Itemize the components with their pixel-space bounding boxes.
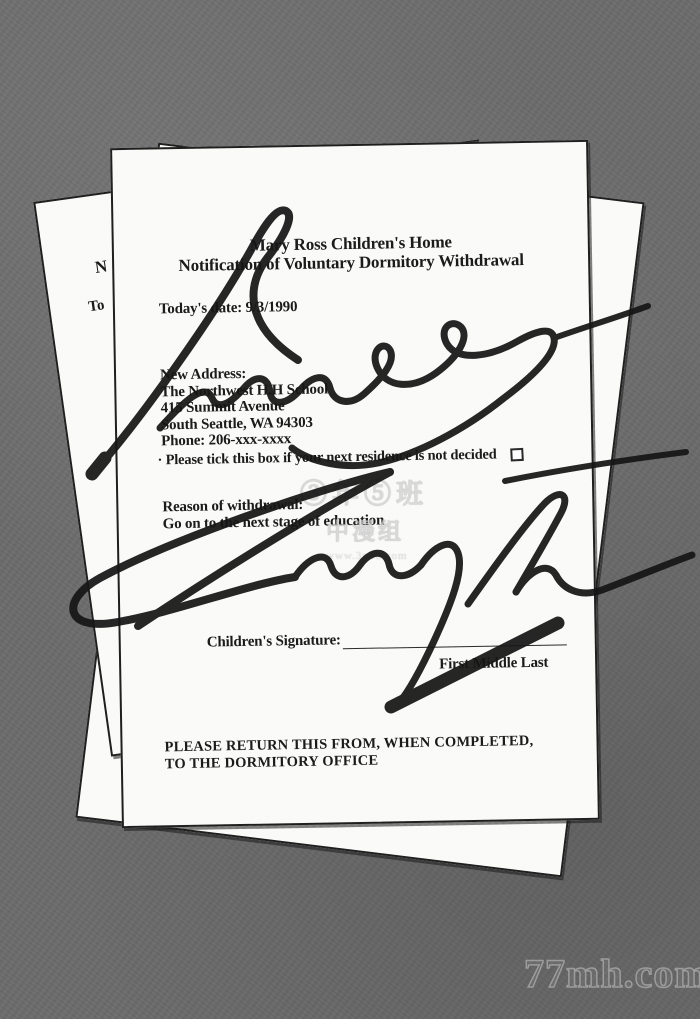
withdrawal-form-sheet: Mary Ross Children's Home Notification o… bbox=[110, 140, 600, 828]
back-sheet-partial-text-1: N bbox=[94, 256, 109, 278]
site-watermark: 77mh.com bbox=[524, 950, 700, 997]
signature-label: Children's Signature: bbox=[207, 632, 341, 651]
address-school-line: The Northwest H.H School bbox=[160, 381, 328, 400]
residence-tick-label: · Please tick this box if your next resi… bbox=[157, 447, 496, 470]
residence-not-decided-checkbox[interactable] bbox=[510, 448, 524, 462]
signature-row: Children's Signature: bbox=[207, 628, 567, 651]
reason-value: Go on to the next stage of education bbox=[163, 512, 385, 532]
reason-block: Reason of withdrawal: Go on to the next … bbox=[162, 495, 384, 532]
new-address-block: New Address: The Northwest H.H School 41… bbox=[160, 364, 329, 449]
manga-scan-page: N To Mary Ross Children's Home Notificat… bbox=[0, 0, 700, 1019]
address-city-line: South Seattle, WA 94303 bbox=[161, 414, 329, 433]
back-sheet-partial-text-2: To bbox=[87, 297, 105, 316]
date-field: Today's date: 9/3/1990 bbox=[159, 299, 298, 318]
signature-hint: First Middle Last bbox=[439, 655, 548, 674]
form-footer: PLEASE RETURN THIS FROM, WHEN COMPLETED,… bbox=[164, 733, 533, 773]
form-title: Mary Ross Children's Home Notification o… bbox=[114, 230, 589, 276]
signature-line[interactable] bbox=[343, 629, 567, 649]
address-phone-line: Phone: 206-xxx-xxxx bbox=[161, 430, 329, 449]
